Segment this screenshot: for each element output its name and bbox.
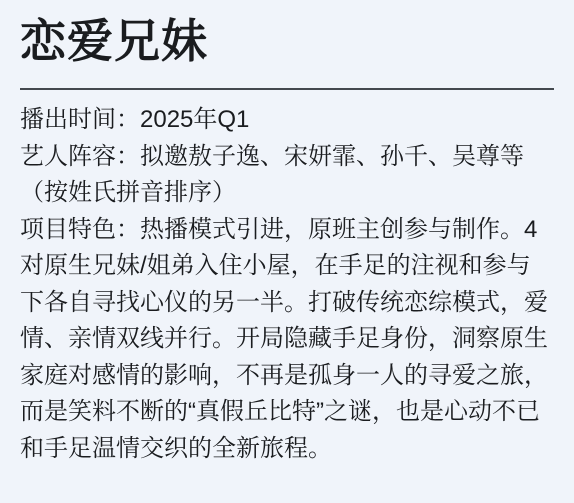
project-features-paragraph: 项目特色：热播模式引进，原班主创参与制作。4对原生兄妹/姐弟入住小屋，在手足的注…: [20, 212, 554, 468]
cast-lineup-paragraph: 艺人阵容：拟邀敖子逸、宋妍霏、孙千、吴尊等（按姓氏拼音排序）: [20, 139, 554, 212]
broadcast-time-paragraph: 播出时间：2025年Q1: [20, 102, 554, 139]
title-divider: [20, 88, 554, 90]
show-details: 播出时间：2025年Q1 艺人阵容：拟邀敖子逸、宋妍霏、孙千、吴尊等（按姓氏拼音…: [20, 102, 554, 467]
show-info-card: 恋爱兄妹 播出时间：2025年Q1 艺人阵容：拟邀敖子逸、宋妍霏、孙千、吴尊等（…: [0, 0, 574, 503]
page-title: 恋爱兄妹: [20, 12, 554, 70]
